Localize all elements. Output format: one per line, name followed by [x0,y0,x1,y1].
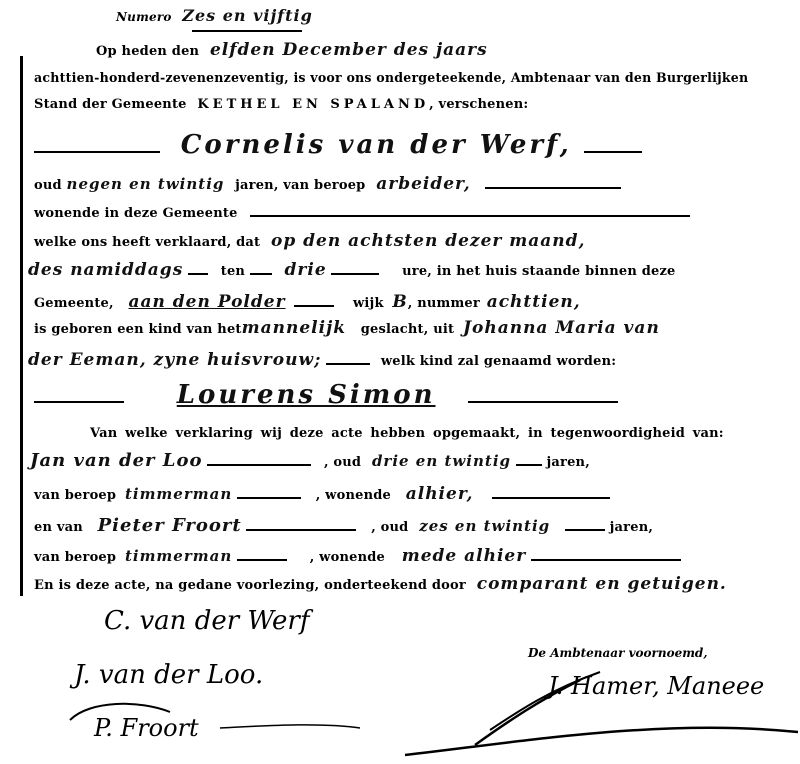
birth-hour: drie [285,260,327,280]
witness1-residence-label: , wonende [316,488,391,503]
child-sex-prefix: is geboren een kind van het [34,322,242,337]
declarant-line: Cornelis van der Werf, [34,130,642,160]
blank-rule [565,528,605,531]
age-label: oud [34,178,62,193]
child-name-label: welk kind zal genaamd worden: [381,354,616,369]
child-sex-line: is geboren een kind van hetmannelijk ges… [34,318,660,338]
witness2-occupation: timmerman [125,547,232,565]
witness2-years-label: jaren, [610,520,653,535]
declarant-age: negen en twintig [67,175,225,193]
municipality-line: Stand der Gemeente KETHEL EN SPALAND, ve… [34,97,528,112]
official-flourish [400,660,800,764]
municipality-name: KETHEL EN SPALAND [197,97,429,112]
declarant-name: Cornelis van der Werf, [181,130,572,160]
blank-rule [250,214,690,217]
signing-text: En is deze acte, na gedane voorlezing, o… [34,578,466,593]
child-name-line: Lourens Simon [34,380,618,410]
blank-rule [584,150,642,153]
witness2-age: zes en twintig [419,517,550,535]
record-number-line: Numero Zes en vijftig [116,6,313,25]
house-text: ure, in het huis staande binnen deze [402,264,675,279]
declarant-occupation: arbeider, [376,174,470,194]
mother-prefix: geslacht, uit [361,322,454,337]
witness1-age-label: , oud [324,455,361,470]
signing-line: En is deze acte, na gedane voorlezing, o… [34,574,727,594]
house-number: achttien, [487,292,581,312]
wijk-value: B [392,292,407,312]
birth-date: op den achtsten dezer maand, [271,231,585,251]
birth-time-line: des namiddags ten drie ure, in het huis … [28,260,676,280]
witness1-age: drie en twintig [372,452,511,470]
witness2-residence-label: , wonende [310,550,385,565]
occupation-label: jaren, van beroep [235,178,365,193]
blank-rule [516,463,542,466]
child-name: Lourens Simon [177,380,436,410]
time-label: ten [221,264,245,279]
witness2-name: Pieter Froort [98,515,242,536]
municipality-prefix: Stand der Gemeente [34,97,187,112]
numero-underline [192,30,302,32]
blank-rule [34,400,124,403]
declarant-age-line: oud negen en twintig jaren, van beroep a… [34,174,621,194]
witness1-occupation-line: van beroep timmerman , wonende alhier, [34,484,610,504]
signature-flourishes [60,600,400,764]
blank-rule [531,558,681,561]
year-official-line: achttien-honderd-zevenenzeventig, is voo… [34,70,748,85]
residence-text: wonende in deze Gemeente [34,206,238,221]
witness2-line: en van Pieter Froort , oud zes en twinti… [34,515,653,536]
address-line: Gemeente, aan den Polder wijk B, nummer … [34,292,581,312]
witness1-residence: alhier, [406,484,474,504]
wijk-label: wijk [353,296,384,311]
date-value: elfden December des jaars [210,40,488,60]
blank-rule [468,400,618,403]
witnesses-intro-text: Van welke verklaring wij deze acte hebbe… [90,426,724,441]
blank-rule [492,496,610,499]
signed-by: comparant en getuigen. [477,574,727,594]
address-prefix: Gemeente, [34,296,114,311]
witness2-prefix: en van [34,520,83,535]
blank-rule [237,496,301,499]
blank-rule [250,272,272,275]
municipality-suffix: , verschenen: [429,97,528,112]
residence-line: wonende in deze Gemeente [34,206,690,221]
blank-rule [237,558,287,561]
date-line: Op heden den elfden December des jaars [96,40,488,60]
street-name: aan den Polder [128,292,285,312]
witness1-name: Jan van der Loo [30,450,202,471]
witness1-line: Jan van der Loo , oud drie en twintig ja… [30,450,590,471]
house-number-label: , nummer [408,296,480,311]
blank-rule [485,186,621,189]
witness2-occupation-line: van beroep timmerman , wonende mede alhi… [34,546,681,566]
witness1-years-label: jaren, [547,455,590,470]
witness1-occupation-label: van beroep [34,488,116,503]
blank-rule [331,272,379,275]
mother-name: Johanna Maria van [463,318,660,338]
birth-record-page: Numero Zes en vijftig Op heden den elfde… [0,0,800,764]
blank-rule [207,463,311,466]
blank-rule [326,362,370,365]
birth-daypart: des namiddags [28,260,183,280]
witnesses-intro-line: Van welke verklaring wij deze acte hebbe… [90,426,724,441]
blank-rule [294,304,334,307]
blank-rule [188,272,208,275]
blank-rule [246,528,356,531]
numero-label: Numero [116,10,172,24]
declaration-line: welke ons heeft verklaard, dat op den ac… [34,231,585,251]
mother-name-continued: der Eeman, zyne huisvrouw; [28,350,321,370]
witness2-residence: mede alhier [402,546,527,566]
witness2-age-label: , oud [371,520,408,535]
official-label: De Ambtenaar voornoemd, [528,646,708,660]
witness1-occupation: timmerman [125,485,232,503]
left-margin-rule [20,56,23,596]
witness2-occupation-label: van beroep [34,550,116,565]
child-sex: mannelijk [242,318,346,338]
declaration-prefix: welke ons heeft verklaard, dat [34,235,260,250]
mother-continued-line: der Eeman, zyne huisvrouw; welk kind zal… [28,350,616,370]
year-official-text: achttien-honderd-zevenenzeventig, is voo… [34,70,748,85]
date-prefix: Op heden den [96,44,199,59]
numero-value: Zes en vijftig [182,6,313,25]
blank-rule [34,150,160,153]
